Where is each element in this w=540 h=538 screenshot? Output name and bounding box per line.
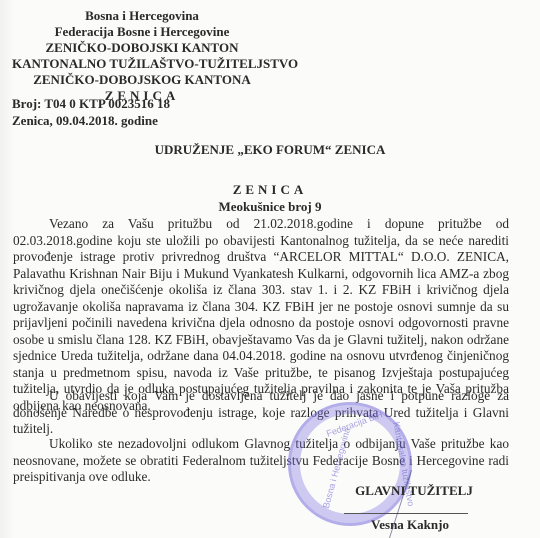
header-line-federation: Federacija Bosne i Hercegovine: [12, 24, 272, 40]
document-date: Zenica, 09.04.2018. godine: [12, 113, 170, 130]
header-line-country: Bosna i Hercegovina: [12, 8, 272, 24]
body-paragraph-3: Ukoliko ste nezadovoljni odlukom Glavnog…: [13, 436, 509, 486]
reference-number: Broj: T04 0 KTP 0023516 18: [12, 96, 170, 113]
document-page: Bosna i Hercegovina Federacija Bosne i H…: [0, 0, 540, 538]
header-line-office: KANTONALNO TUŽILAŠTVO-TUŽITELJSTVO: [12, 56, 272, 72]
body-paragraph-1: Vezano za Vašu pritužbu od 21.02.2018.go…: [13, 216, 509, 414]
recipient-city: ZENICA: [0, 182, 540, 198]
signature-title: GLAVNI TUŽITELJ: [344, 483, 484, 499]
header-line-office-canton: ZENIČKO-DOBOJSKOG KANTONA: [12, 72, 272, 88]
body-paragraph-2: U obavijesti koja Vam je dostavljena tuž…: [13, 388, 509, 438]
signature-line: [344, 513, 468, 514]
signatory-name: Vesna Kaknjo: [340, 517, 480, 533]
issuer-header: Bosna i Hercegovina Federacija Bosne i H…: [12, 8, 272, 104]
recipient-name: UDRUŽENJE „EKO FORUM“ ZENICA: [0, 142, 540, 158]
header-line-canton: ZENIČKO-DOBOJSKI KANTON: [12, 40, 272, 56]
document-meta: Broj: T04 0 KTP 0023516 18 Zenica, 09.04…: [12, 96, 170, 129]
recipient-address: Meokušnice broj 9: [0, 199, 540, 215]
